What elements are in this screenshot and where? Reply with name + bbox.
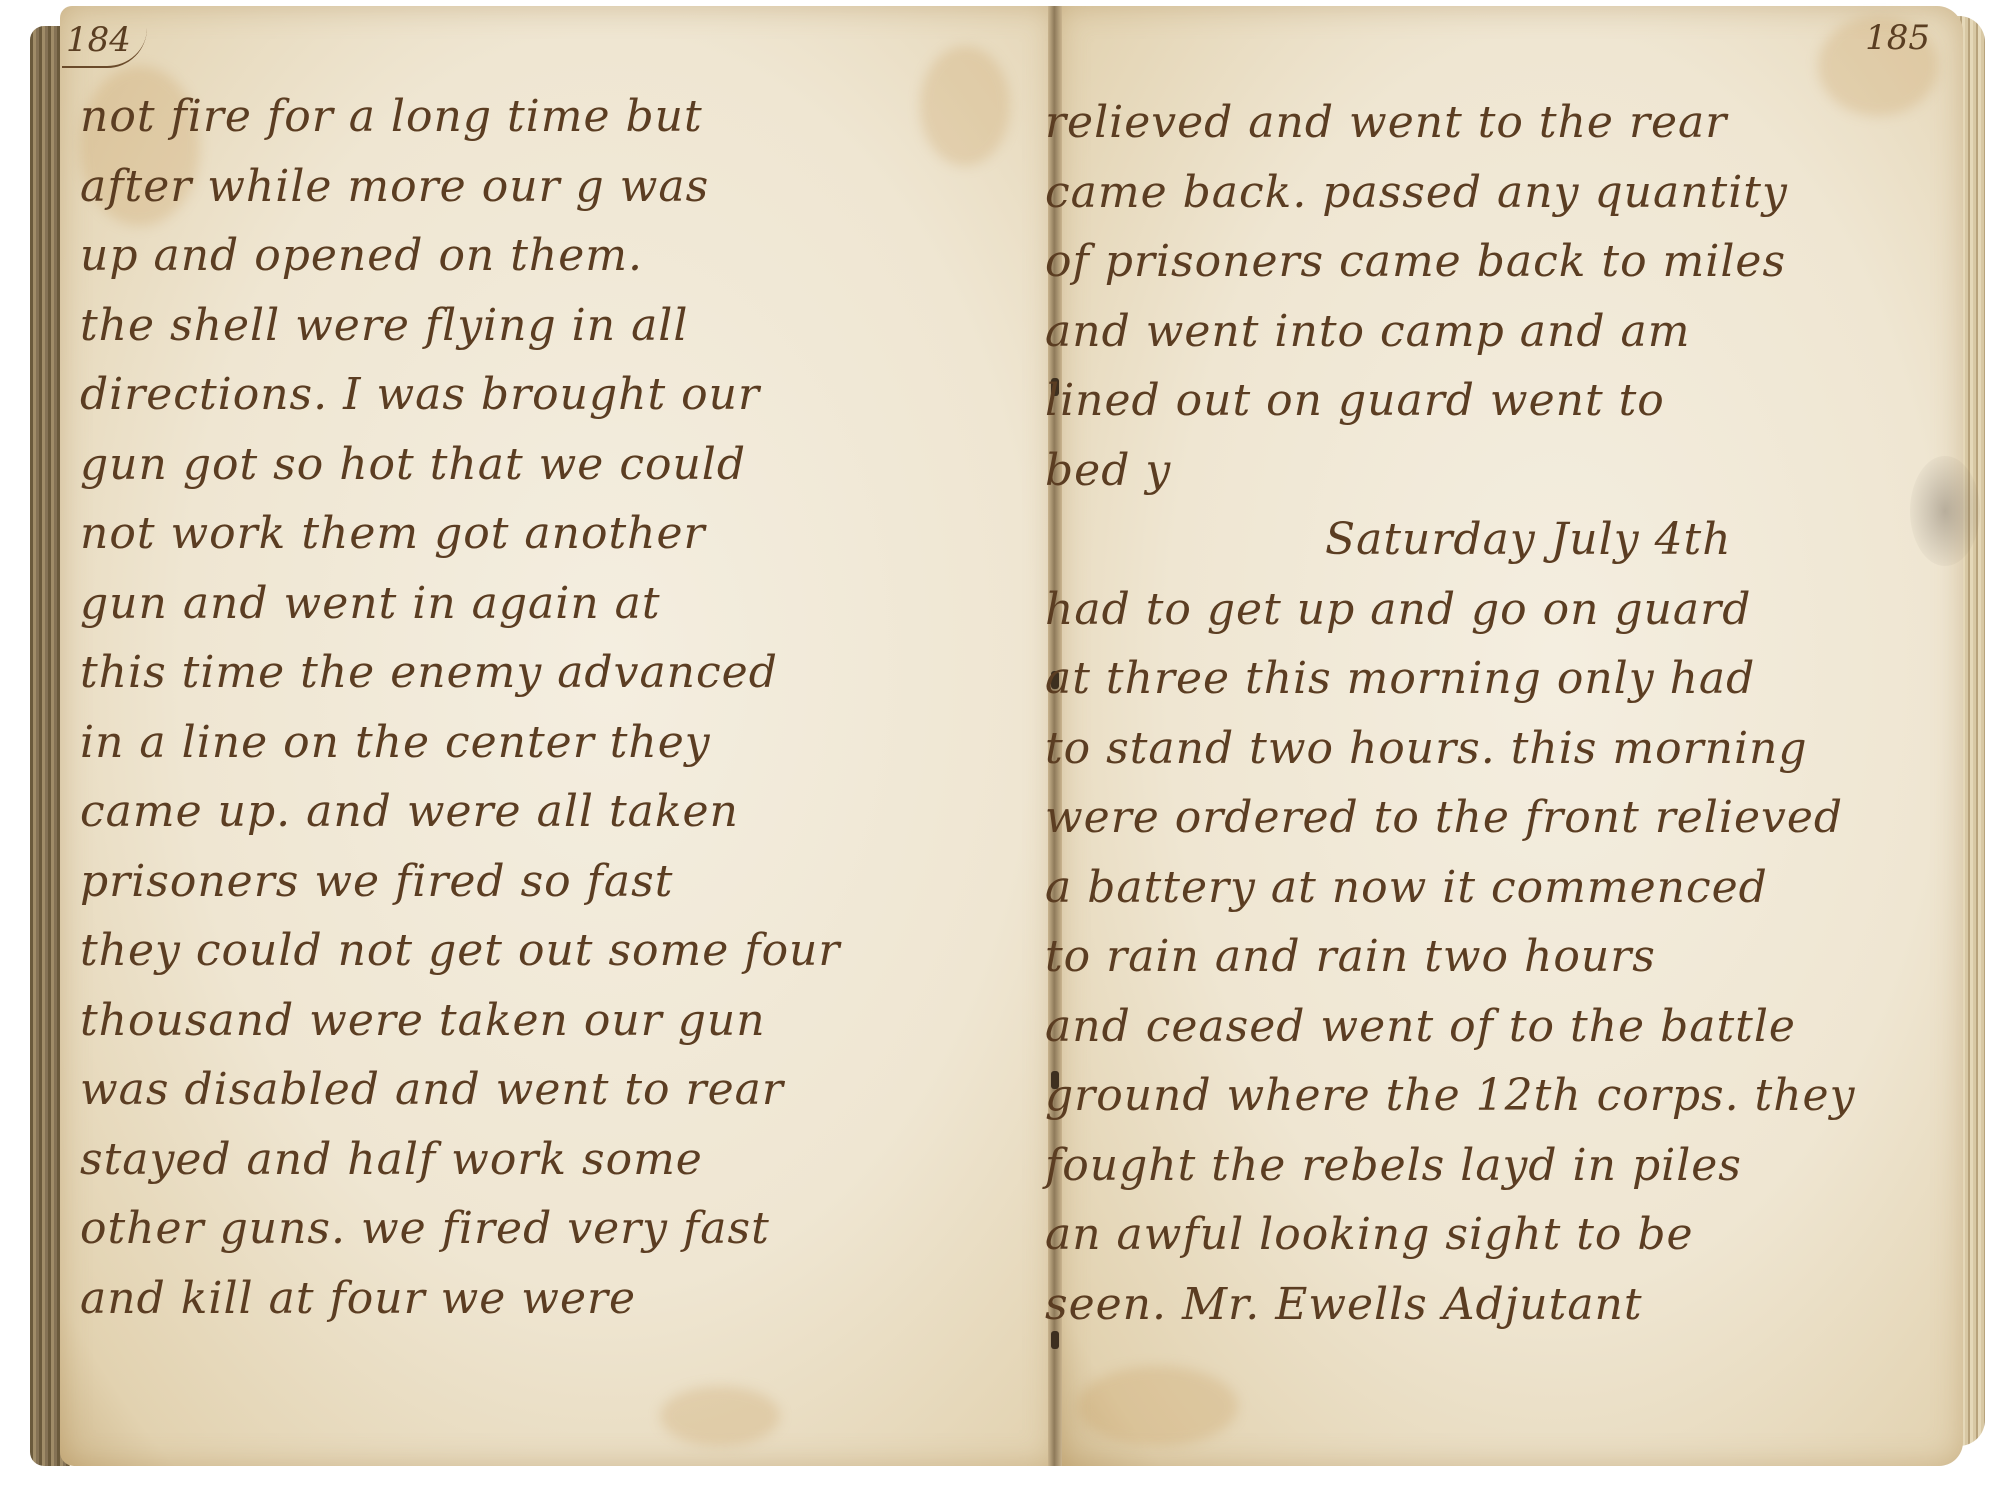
text-line: seen. Mr. Ewells Adjutant [1045,1270,1855,1340]
text-line: to rain and rain two hours [1045,922,1855,992]
text-line: ground where the 12th corps. they [1045,1061,1855,1131]
text-line: up and opened on them. [80,221,840,291]
text-line: after while more our g was [80,152,840,222]
text-line: they could not get out some four [80,916,840,986]
text-line: to stand two hours. this morning [1045,714,1855,784]
text-line: of prisoners came back to miles [1045,227,1855,297]
text-line: relieved and went to the rear [1045,88,1855,158]
text-line: gun got so hot that we could [80,430,840,500]
text-line: stayed and half work some [80,1125,840,1195]
text-line: prisoners we fired so fast [80,847,840,917]
right-page-number: 185 [1865,18,1930,58]
right-page-text: relieved and went to the rear came back.… [1045,88,1855,1339]
fingerprint-smudge [1910,456,1980,566]
text-line: were ordered to the front relieved [1045,783,1855,853]
text-line: had to get up and go on guard [1045,575,1855,645]
text-line: at three this morning only had [1045,644,1855,714]
text-line: and kill at four we were [80,1264,840,1334]
text-line: in a line on the center they [80,708,840,778]
left-page-text: not fire for a long time but after while… [80,82,840,1333]
text-line: an awful looking sight to be [1045,1200,1855,1270]
text-line: and ceased went of to the battle [1045,992,1855,1062]
text-line: came back. passed any quantity [1045,158,1855,228]
text-line: not fire for a long time but [80,82,840,152]
text-line: the shell were flying in all [80,291,840,361]
text-line: and went into camp and am [1045,297,1855,367]
text-line: bed y [1045,436,1855,506]
text-line: was disabled and went to rear [80,1055,840,1125]
text-line: other guns. we fired very fast [80,1194,840,1264]
text-line: gun and went in again at [80,569,840,639]
text-line: this time the enemy advanced [80,638,840,708]
text-line: not work them got another [80,499,840,569]
text-line: thousand were taken our gun [80,986,840,1056]
text-line: directions. I was brought our [80,360,840,430]
text-line: fought the rebels layd in piles [1045,1131,1855,1201]
text-line: came up. and were all taken [80,777,840,847]
date-heading: Saturday July 4th [1045,505,1855,575]
text-line: lined out on guard went to [1045,366,1855,436]
text-line: a battery at now it commenced [1045,853,1855,923]
